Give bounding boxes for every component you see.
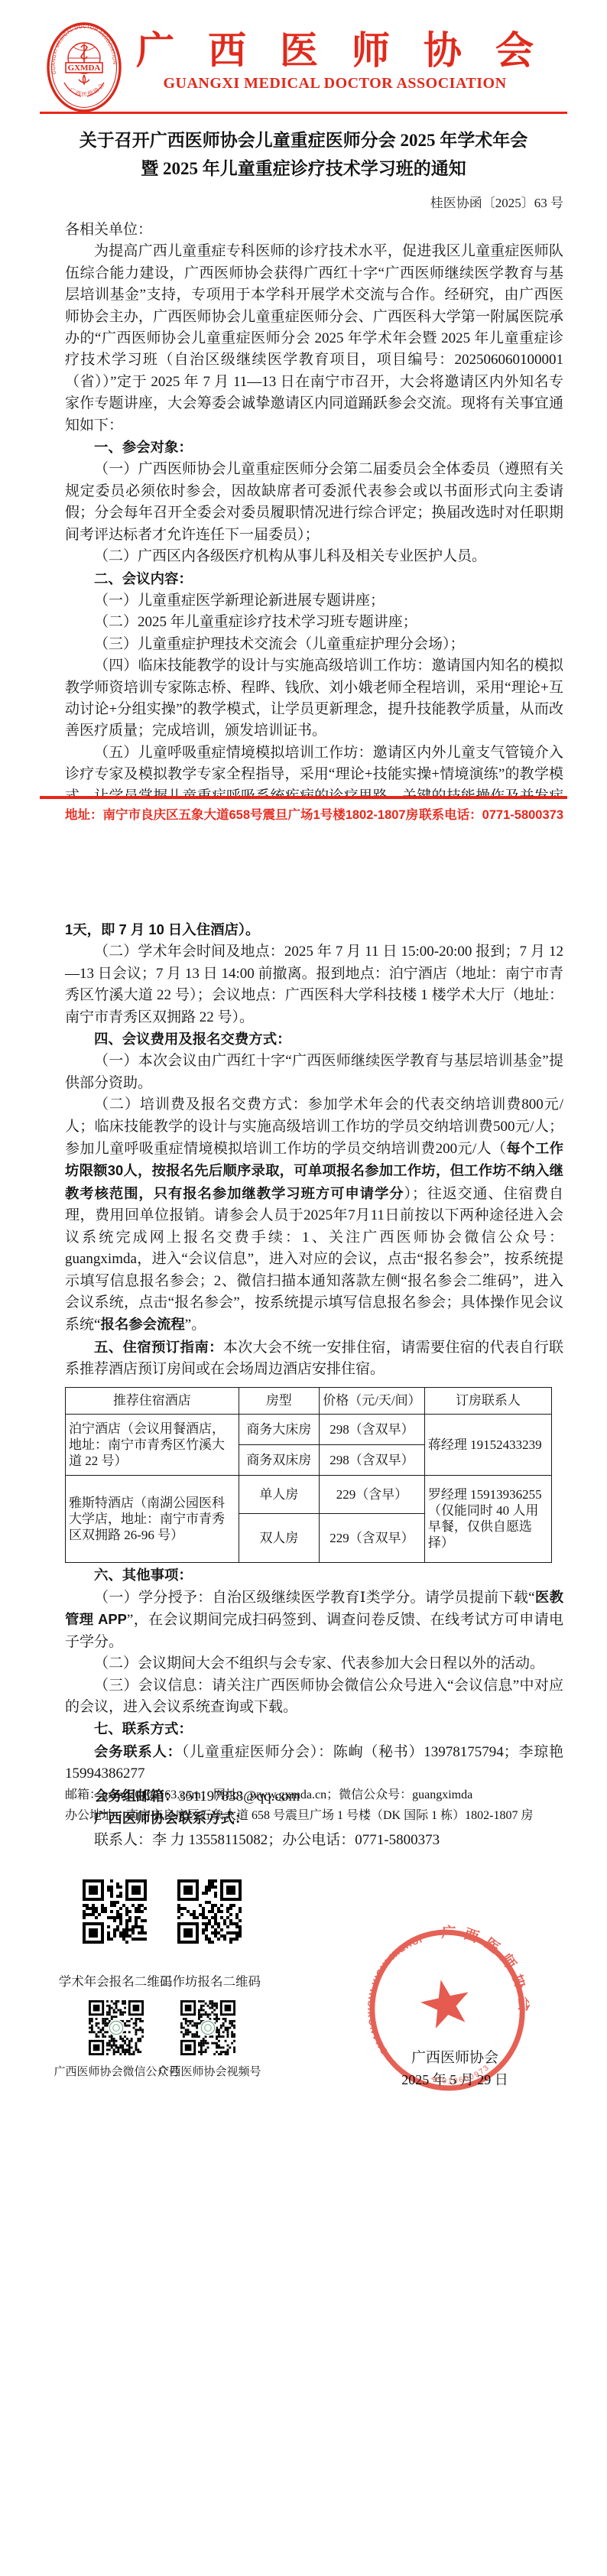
- logo-bottom-text: 广西医师协会: [68, 81, 106, 98]
- brand-name-en: GUANGXI MEDICAL DOCTOR ASSOCIATION: [136, 75, 534, 93]
- page1-body: 各相关单位：为提高广西儿童重症专科医师的诊疗技术水平，促进我区儿童重症医师队伍综…: [65, 219, 563, 797]
- paragraph: （二）培训费及报名交费方式：参加学术年会的代表交纳培训费800元/人；临床技能教…: [65, 1094, 563, 1336]
- paragraph: 七、联系方式：: [65, 1718, 563, 1740]
- seal-star: [417, 1975, 474, 2031]
- paragraph: （一）学分授予：自治区级继续医学教育Ⅰ类学分。请学员提前下载“医教管理 APP”…: [65, 1587, 563, 1653]
- hotel1-price2: 298（含双早）: [320, 1444, 425, 1475]
- official-seal-icon: GUANGXISHI YISHI XIEHUI 广西医师协会 450106009…: [350, 1912, 545, 2109]
- hotel2-room1: 单人房: [239, 1475, 319, 1513]
- paragraph: （二）广西区内各级医疗机构从事儿科及相关专业医护人员。: [65, 546, 563, 567]
- paragraph: 各相关单位：: [65, 219, 563, 241]
- col-contact: 订房联系人: [424, 1387, 551, 1414]
- hotel2-contact: 罗经理 15913936255（仅能同时 40 人用早餐，仅供自愿选择）: [424, 1475, 551, 1562]
- paragraph: （二）学术年会时间及地点：2025 年 7 月 11 日 15:00-20:00…: [65, 941, 563, 1028]
- seal-pinyin-text: GUANGXISHI YISHI XIEHUI: [351, 1934, 445, 2058]
- svg-text:GUANGXISHI YISHI XIEHUI: GUANGXISHI YISHI XIEHUI: [351, 1934, 445, 2058]
- hotel1-room2: 商务双床房: [239, 1444, 319, 1475]
- page1-footer-divider: [40, 796, 567, 799]
- hotel2-price1: 229（含早）: [320, 1475, 425, 1513]
- hotel-table: 推荐住宿酒店 房型 价格（元/天/间） 订房联系人 泊宁酒店（会议用餐酒店，地址…: [65, 1387, 552, 1563]
- header-divider: [40, 112, 567, 114]
- paragraph: 一、参会对象：: [65, 437, 563, 459]
- video-account-qr-label: 广西医师协会视频号: [151, 2063, 268, 2079]
- col-price: 价格（元/天/间）: [320, 1387, 425, 1414]
- paragraph: （二）会议期间大会不组织与会专家、代表参加大会日程以外的活动。: [65, 1653, 563, 1675]
- page2-body: 1天，即 7 月 10 日入住酒店）。（二）学术年会时间及地点：2025 年 7…: [65, 919, 563, 1852]
- col-room: 房型: [239, 1387, 319, 1414]
- notice-title: 关于召开广西医师协会儿童重症医师分会 2025 年学术年会 暨 2025 年儿童…: [0, 126, 607, 183]
- paragraph: （一）儿童重症医学新理论新进展专题讲座；: [65, 590, 563, 612]
- paragraph: （一）本次会议由广西红十字“广西医师继续医学教育与基层培训基金”提供部分资助。: [65, 1051, 563, 1094]
- hotel1-name: 泊宁酒店（会议用餐酒店，地址：南宁市青秀区竹溪大道 22 号）: [66, 1414, 239, 1475]
- paragraph: 联系人：李 力 13558115082；办公电话：0771-5800373: [65, 1830, 563, 1851]
- association-logo-icon: GUANGXI MEDICAL DOCTOR ASSOCIATION GXMDA…: [46, 21, 122, 113]
- col-hotel: 推荐住宿酒店: [66, 1387, 239, 1414]
- annual-meeting-qr-code-icon: [83, 1879, 147, 1947]
- paragraph: （三）会议信息：请关注广西医师协会微信公众号进入“会议信息”中对应的会议，进入会…: [65, 1675, 563, 1719]
- footer-address: 地址：南宁市良庆区五象大道658号震旦广场1号楼1802-1807房: [65, 804, 418, 823]
- video-account-qr-code-icon: [180, 2000, 235, 2059]
- notice-document: { "header": { "brand_cn": "广西医师协会", "bra…: [0, 0, 607, 2576]
- paragraph: （四）临床技能教学的设计与实施高级培训工作坊：邀请国内知名的模拟教学师资培训专家…: [65, 655, 563, 742]
- paragraph: 六、其他事项：: [65, 1564, 563, 1587]
- hotel2-room2: 双人房: [239, 1513, 319, 1562]
- title-line-2: 暨 2025 年儿童重症诊疗技术学习班的通知: [0, 154, 607, 183]
- title-line-1: 关于召开广西医师协会儿童重症医师分会 2025 年学术年会: [0, 126, 607, 154]
- paragraph: 二、会议内容：: [65, 568, 563, 590]
- page2-footer: 邮箱：gxmda01@163.com；网址：www.gxmda.cn；微信公众号…: [65, 1785, 570, 1826]
- hotel2-name: 雅斯特酒店（南湖公园医科大学店，地址：南宁市青秀区双拥路 26-96 号）: [66, 1475, 239, 1562]
- paragraph: （三）儿童重症护理技术交流会（儿童重症护理分会场）；: [65, 634, 563, 655]
- svg-text:广西医师协会: 广西医师协会: [68, 81, 106, 98]
- page2-body-top: 1天，即 7 月 10 日入住酒店）。（二）学术年会时间及地点：2025 年 7…: [65, 919, 563, 1381]
- logo-banner-text: GXMDA: [68, 63, 101, 73]
- page1-footer: 地址：南宁市良庆区五象大道658号震旦广场1号楼1802-1807房 联系电话：…: [65, 804, 563, 823]
- hotel1-price1: 298（含双早）: [320, 1414, 425, 1444]
- paragraph: （一）广西医师协会儿童重症医师分会第二届委员会全体委员（遵照有关规定委员必须依时…: [65, 459, 563, 546]
- brand-name-cn: 广西医师协会: [136, 28, 564, 73]
- wechat-account-qr-code-icon: [89, 2000, 144, 2059]
- workshop-qr-code-icon: [177, 1879, 242, 1947]
- hotel1-contact: 蒋经理 19152433239: [424, 1414, 551, 1475]
- footer-office-line: 办公地址：南宁市良庆区五象大道 658 号震旦广场 1 号楼（DK 国际 1 栋…: [65, 1805, 570, 1826]
- workshop-qr-label: 工作坊报名二维码: [153, 1971, 268, 1990]
- paragraph: 为提高广西儿童重症专科医师的诊疗技术水平，促进我区儿童重症医师队伍综合能力建设，…: [65, 241, 563, 437]
- document-number: 桂医协函〔2025〕63 号: [430, 192, 563, 211]
- paragraph: （五）儿童呼吸重症情境模拟培训工作坊：邀请区内外儿童支气管镜介入诊疗专家及模拟教…: [65, 742, 563, 797]
- paragraph: 五、住宿预订指南：本次大会不统一安排住宿，请需要住宿的代表自行联系推荐酒店预订房…: [65, 1337, 563, 1381]
- paragraph: 会务联系人：（儿童重症医师分会）：陈峋（秘书）13978175794；李琼艳 1…: [65, 1741, 563, 1785]
- table-header-row: 推荐住宿酒店 房型 价格（元/天/间） 订房联系人: [66, 1387, 552, 1414]
- paragraph: 1天，即 7 月 10 日入住酒店）。: [65, 919, 563, 941]
- table-row: 泊宁酒店（会议用餐酒店，地址：南宁市青秀区竹溪大道 22 号） 商务大床房 29…: [66, 1414, 552, 1444]
- hotel1-room1: 商务大床房: [239, 1414, 319, 1444]
- footer-email-line: 邮箱：gxmda01@163.com；网址：www.gxmda.cn；微信公众号…: [65, 1785, 570, 1805]
- hotel2-price2: 229（含双早）: [320, 1513, 425, 1562]
- table-row: 雅斯特酒店（南湖公园医科大学店，地址：南宁市青秀区双拥路 26-96 号） 单人…: [66, 1475, 552, 1513]
- paragraph: 四、会议费用及报名交费方式：: [65, 1028, 563, 1051]
- footer-phone: 联系电话：0771-5800373: [419, 804, 563, 823]
- paragraph: （二）2025 年儿童重症诊疗技术学习班专题讲座；: [65, 612, 563, 633]
